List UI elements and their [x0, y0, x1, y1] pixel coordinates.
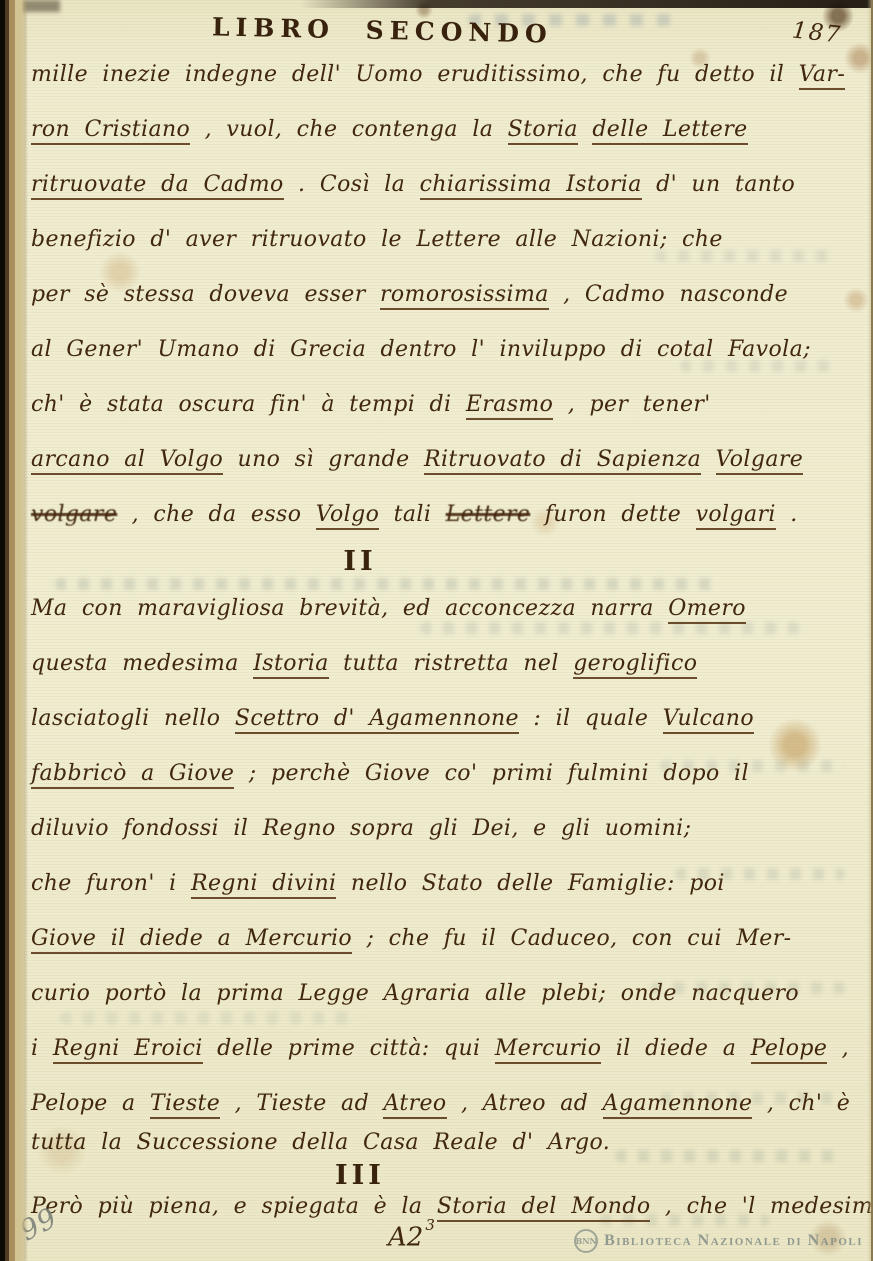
text-segment: , Tieste ad — [220, 1091, 383, 1116]
text-segment: , — [827, 1036, 849, 1061]
manuscript-line: volgare , che da esso Volgo tali Lettere… — [31, 502, 837, 527]
underlined-text: Regni Eroici — [53, 1036, 203, 1064]
underlined-text: Volgo — [316, 502, 379, 530]
manuscript-page: LIBRO SECONDO 187 mille inezie indegne d… — [0, 0, 873, 1261]
manuscript-line: Pelope a Tieste , Tieste ad Atreo , Atre… — [31, 1091, 837, 1116]
underlined-text: Pelope — [751, 1036, 828, 1064]
text-segment: questa medesima — [31, 651, 253, 676]
text-segment: : il quale — [519, 706, 663, 731]
underlined-text: Storia — [508, 117, 578, 145]
text-segment: al Gener' Umano di Grecia dentro l' invi… — [31, 337, 811, 362]
section-heading: II — [0, 546, 720, 577]
underlined-text: ron Cristiano — [31, 117, 190, 145]
text-segment: , vuol, che contenga la — [190, 117, 507, 142]
section-heading: III — [0, 1160, 720, 1191]
page-right-edge — [867, 0, 873, 1261]
underlined-text: Erasmo — [466, 392, 554, 420]
underlined-text: Istoria — [253, 651, 329, 679]
signature-mark: A23 — [388, 1222, 433, 1253]
text-segment — [578, 117, 592, 142]
text-segment: delle prime città: qui — [203, 1036, 495, 1061]
text-segment: Pelope a — [31, 1091, 150, 1116]
bleed-through-ghost — [55, 578, 715, 590]
text-segment: nello Stato delle Famiglie: poi — [336, 871, 724, 896]
manuscript-line: fabbricò a Giove ; perchè Giove co' prim… — [31, 761, 837, 786]
text-segment: il diede a — [601, 1036, 750, 1061]
text-segment: Ma con maravigliosa brevità, ed acconcez… — [31, 596, 668, 621]
underlined-text: fabbricò a Giove — [31, 761, 234, 789]
underlined-text: Vulcano — [663, 706, 754, 734]
text-segment: , che da esso — [117, 502, 316, 527]
underlined-text: Atreo — [383, 1091, 446, 1119]
text-segment: che furon' i — [31, 871, 191, 896]
manuscript-line: lasciatogli nello Scettro d' Agamennone … — [31, 706, 837, 731]
underlined-text: Storia del Mondo — [437, 1194, 651, 1222]
chapter-title: LIBRO SECONDO — [212, 12, 553, 48]
text-segment: , ch' è — [752, 1091, 850, 1116]
text-segment: ch' è stata oscura fin' à tempi di — [31, 392, 466, 417]
struck-text: volgare — [31, 502, 117, 527]
folio-number-ink: 187 — [791, 17, 843, 48]
text-segment: Però più piena, e spiegata è la — [31, 1194, 437, 1219]
manuscript-line: curio portò la prima Legge Agraria alle … — [31, 981, 837, 1006]
underlined-text: Giove il diede a Mercurio — [31, 926, 352, 954]
text-segment: furon dette — [530, 502, 695, 527]
library-name: Biblioteca Nazionale di Napoli — [604, 1232, 863, 1250]
signature-mark-text: A2 — [388, 1223, 423, 1253]
text-segment: tali — [379, 502, 445, 527]
text-segment: ; perchè Giove co' primi fulmini dopo il — [234, 761, 749, 786]
underlined-text: Volgare — [716, 447, 804, 475]
text-segment — [701, 447, 715, 472]
text-segment: per sè stessa doveva esser — [31, 282, 380, 307]
text-segment: diluvio fondossi il Regno sopra gli Dei,… — [31, 816, 691, 841]
manuscript-line: Giove il diede a Mercurio ; che fu il Ca… — [31, 926, 837, 951]
manuscript-line: Ma con maravigliosa brevità, ed acconcez… — [31, 596, 837, 621]
text-segment: tutta la Successione della Casa Reale d'… — [31, 1130, 610, 1155]
manuscript-line: per sè stessa doveva esser romorosissima… — [31, 282, 837, 307]
text-segment: . Così la — [284, 172, 420, 197]
underlined-text: Regni divini — [191, 871, 336, 899]
underlined-text: delle Lettere — [592, 117, 747, 145]
manuscript-line: i Regni Eroici delle prime città: qui Me… — [31, 1036, 837, 1061]
manuscript-line: mille inezie indegne dell' Uomo eruditis… — [31, 62, 837, 87]
bleed-through-ghost — [60, 1012, 360, 1024]
text-segment: ; che fu il Caduceo, con cui Mer- — [352, 926, 791, 951]
manuscript-line: benefizio d' aver ritruovato le Lettere … — [31, 227, 837, 252]
text-segment: benefizio d' aver ritruovato le Lettere … — [31, 227, 723, 252]
manuscript-line: arcano al Volgo uno sì grande Ritruovato… — [31, 447, 837, 472]
underlined-text: Mercurio — [495, 1036, 602, 1064]
page-top-edge-shadow — [300, 0, 873, 8]
manuscript-line: che furon' i Regni divini nello Stato de… — [31, 871, 837, 896]
manuscript-line: tutta la Successione della Casa Reale d'… — [31, 1130, 837, 1155]
text-segment: uno sì grande — [223, 447, 424, 472]
text-segment: i — [31, 1036, 53, 1061]
library-watermark: BNN Biblioteca Nazionale di Napoli — [574, 1229, 863, 1253]
underlined-text: arcano al Volgo — [31, 447, 223, 475]
text-segment: curio portò la prima Legge Agraria alle … — [31, 981, 799, 1006]
text-segment: d' un tanto — [642, 172, 795, 197]
text-segment: , per tener' — [553, 392, 710, 417]
underlined-text: Omero — [668, 596, 746, 624]
page-crease — [24, 0, 27, 1261]
underlined-text: Var- — [799, 62, 846, 90]
underlined-text: ritruovate da Cadmo — [31, 172, 284, 200]
text-segment: tutta ristretta nel — [329, 651, 573, 676]
underlined-text: romorosissima — [380, 282, 549, 310]
manuscript-line: questa medesima Istoria tutta ristretta … — [31, 651, 837, 676]
underlined-text: Agamennone — [603, 1091, 753, 1119]
underlined-text: Ritruovato di Sapienza — [424, 447, 701, 475]
underlined-text: geroglifico — [573, 651, 697, 679]
text-segment: , Cadmo nasconde — [549, 282, 788, 307]
library-logo-icon: BNN — [574, 1229, 598, 1253]
text-segment: , Atreo ad — [447, 1091, 603, 1116]
text-segment: mille inezie indegne dell' Uomo eruditis… — [31, 62, 799, 87]
signature-mark-superscript: 3 — [425, 1216, 435, 1234]
underlined-text: chiarissima Istoria — [420, 172, 642, 200]
text-segment: lasciatogli nello — [31, 706, 235, 731]
underlined-text: volgari — [696, 502, 776, 530]
struck-text: Lettere — [446, 502, 531, 527]
manuscript-line: al Gener' Umano di Grecia dentro l' invi… — [31, 337, 837, 362]
underlined-text: Scettro d' Agamennone — [235, 706, 519, 734]
text-segment: , che 'l medesimo — [650, 1194, 873, 1219]
manuscript-line: diluvio fondossi il Regno sopra gli Dei,… — [31, 816, 837, 841]
underlined-text: Tieste — [150, 1091, 220, 1119]
manuscript-line: ron Cristiano , vuol, che contenga la St… — [31, 117, 837, 142]
manuscript-line: ritruovate da Cadmo . Così la chiarissim… — [31, 172, 837, 197]
text-segment: . — [776, 502, 798, 527]
manuscript-line: ch' è stata oscura fin' à tempi di Erasm… — [31, 392, 837, 417]
